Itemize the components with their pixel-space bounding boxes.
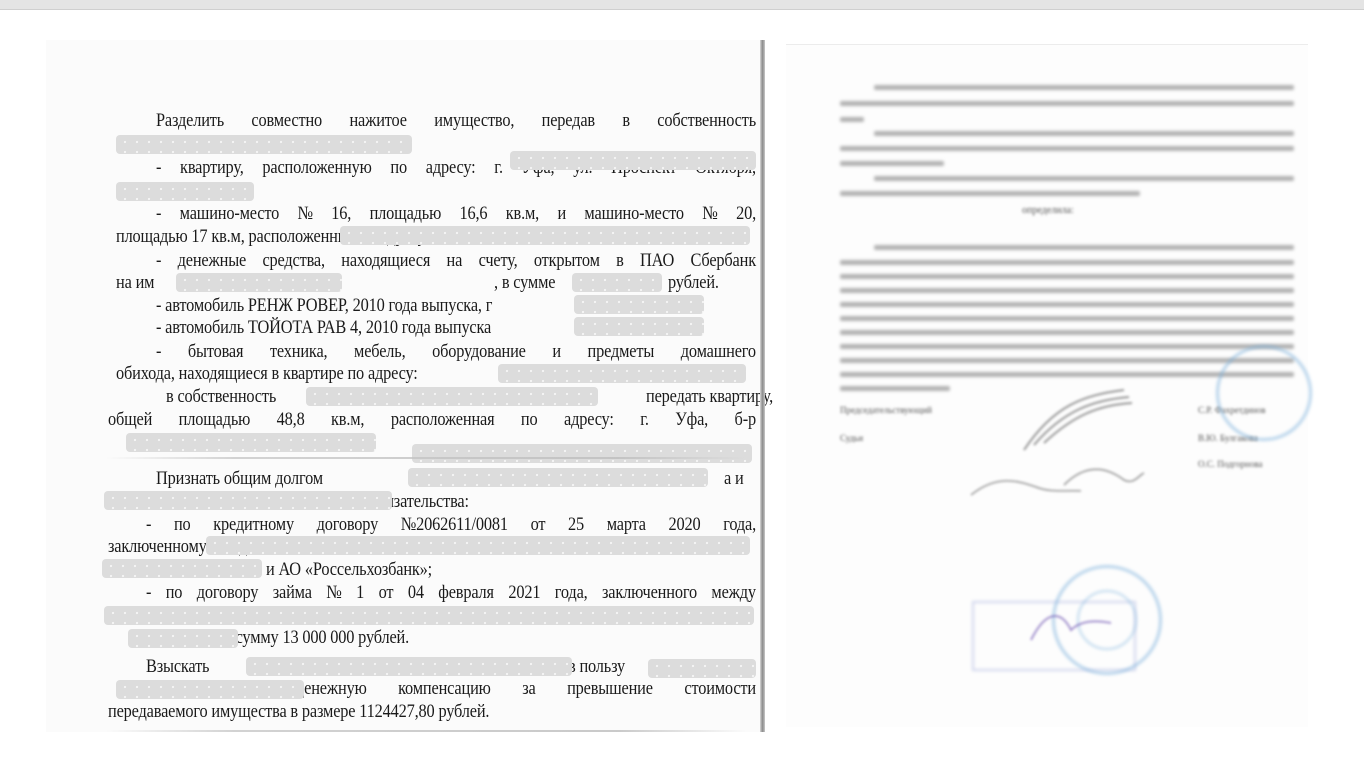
text-line: на сумму 13 000 000 рублей. [216, 627, 409, 649]
redaction-box [176, 273, 342, 292]
redaction-box [498, 364, 746, 383]
scan-artifact-line [106, 730, 746, 732]
text-fragment: рублей. [668, 272, 719, 294]
text-line: -машино-место№16,площадью16,6кв.м,имашин… [156, 203, 756, 225]
redaction-box [572, 273, 662, 292]
text-line: -денежныесредства,находящиесянасчету,отк… [156, 250, 756, 272]
text-line: денежнуюкомпенсациюзапревышениестоимости [296, 678, 756, 700]
presiding-label: Председательствующий [840, 405, 932, 415]
redaction-box [574, 317, 704, 336]
document-page-right: определила: Председательствующий Судьи С… [786, 44, 1308, 727]
redaction-box [104, 491, 392, 510]
text-line: Разделитьсовместнонажитоеимущество,перед… [156, 110, 756, 132]
text-fragment: а и [724, 468, 744, 490]
official-stamp-icon [1216, 345, 1312, 441]
viewer-top-bar [0, 0, 1364, 10]
text-line: обихода, находящиеся в квартире по адрес… [116, 363, 418, 385]
redaction-box [128, 629, 238, 648]
redaction-box [116, 135, 412, 154]
page-divider [760, 40, 765, 732]
text-line: - автомобиль ТОЙОТА РАВ 4, 2010 года вып… [156, 317, 491, 339]
redaction-box [104, 606, 754, 625]
ruling-heading: определила: [1022, 205, 1074, 216]
document-page-left: Разделитьсовместнонажитоеимущество,перед… [46, 40, 762, 732]
text-line: в собственность [166, 386, 276, 408]
text-line: -покредитномудоговору№2062611/0081от25ма… [146, 514, 756, 536]
redaction-box [116, 182, 254, 201]
signature-icon [966, 465, 1086, 505]
text-line: Признать общим долгом [156, 468, 323, 490]
redaction-box [648, 659, 756, 678]
redaction-box [116, 680, 304, 699]
text-line: -подоговорузайма№1от04февраля2021года,за… [146, 582, 756, 604]
signature-icon [1026, 605, 1116, 645]
scan-artifact-line [106, 457, 746, 459]
redaction-box [306, 387, 598, 406]
text-line: - автомобиль РЕНЖ РОВЕР, 2010 года выпус… [156, 295, 492, 317]
judges-label: Судьи [840, 433, 863, 443]
text-line: Взыскать [146, 656, 209, 678]
redaction-box [412, 444, 752, 463]
redaction-box [408, 468, 708, 487]
redaction-box [126, 433, 376, 452]
text-fragment: , в сумме [494, 272, 555, 294]
text-line: -бытоваятехника,мебель,оборудованиеипред… [156, 341, 756, 363]
text-fragment: в пользу [568, 656, 625, 678]
redaction-box [206, 536, 750, 555]
redaction-box [340, 226, 750, 245]
text-line: на им [116, 272, 154, 294]
redaction-box [246, 657, 572, 676]
redaction-box [102, 559, 262, 578]
text-line: передаваемого имущества в размере 112442… [108, 701, 489, 723]
redaction-box [574, 295, 704, 314]
text-line: общейплощадью48,8кв.м,расположеннаяпоадр… [108, 409, 756, 431]
text-line: и АО «Россельхозбанк»; [266, 559, 432, 581]
redaction-box [510, 151, 756, 170]
text-fragment: передать квартиру, [646, 386, 773, 408]
signatory-3: О.С. Подгорнова [1198, 459, 1262, 469]
